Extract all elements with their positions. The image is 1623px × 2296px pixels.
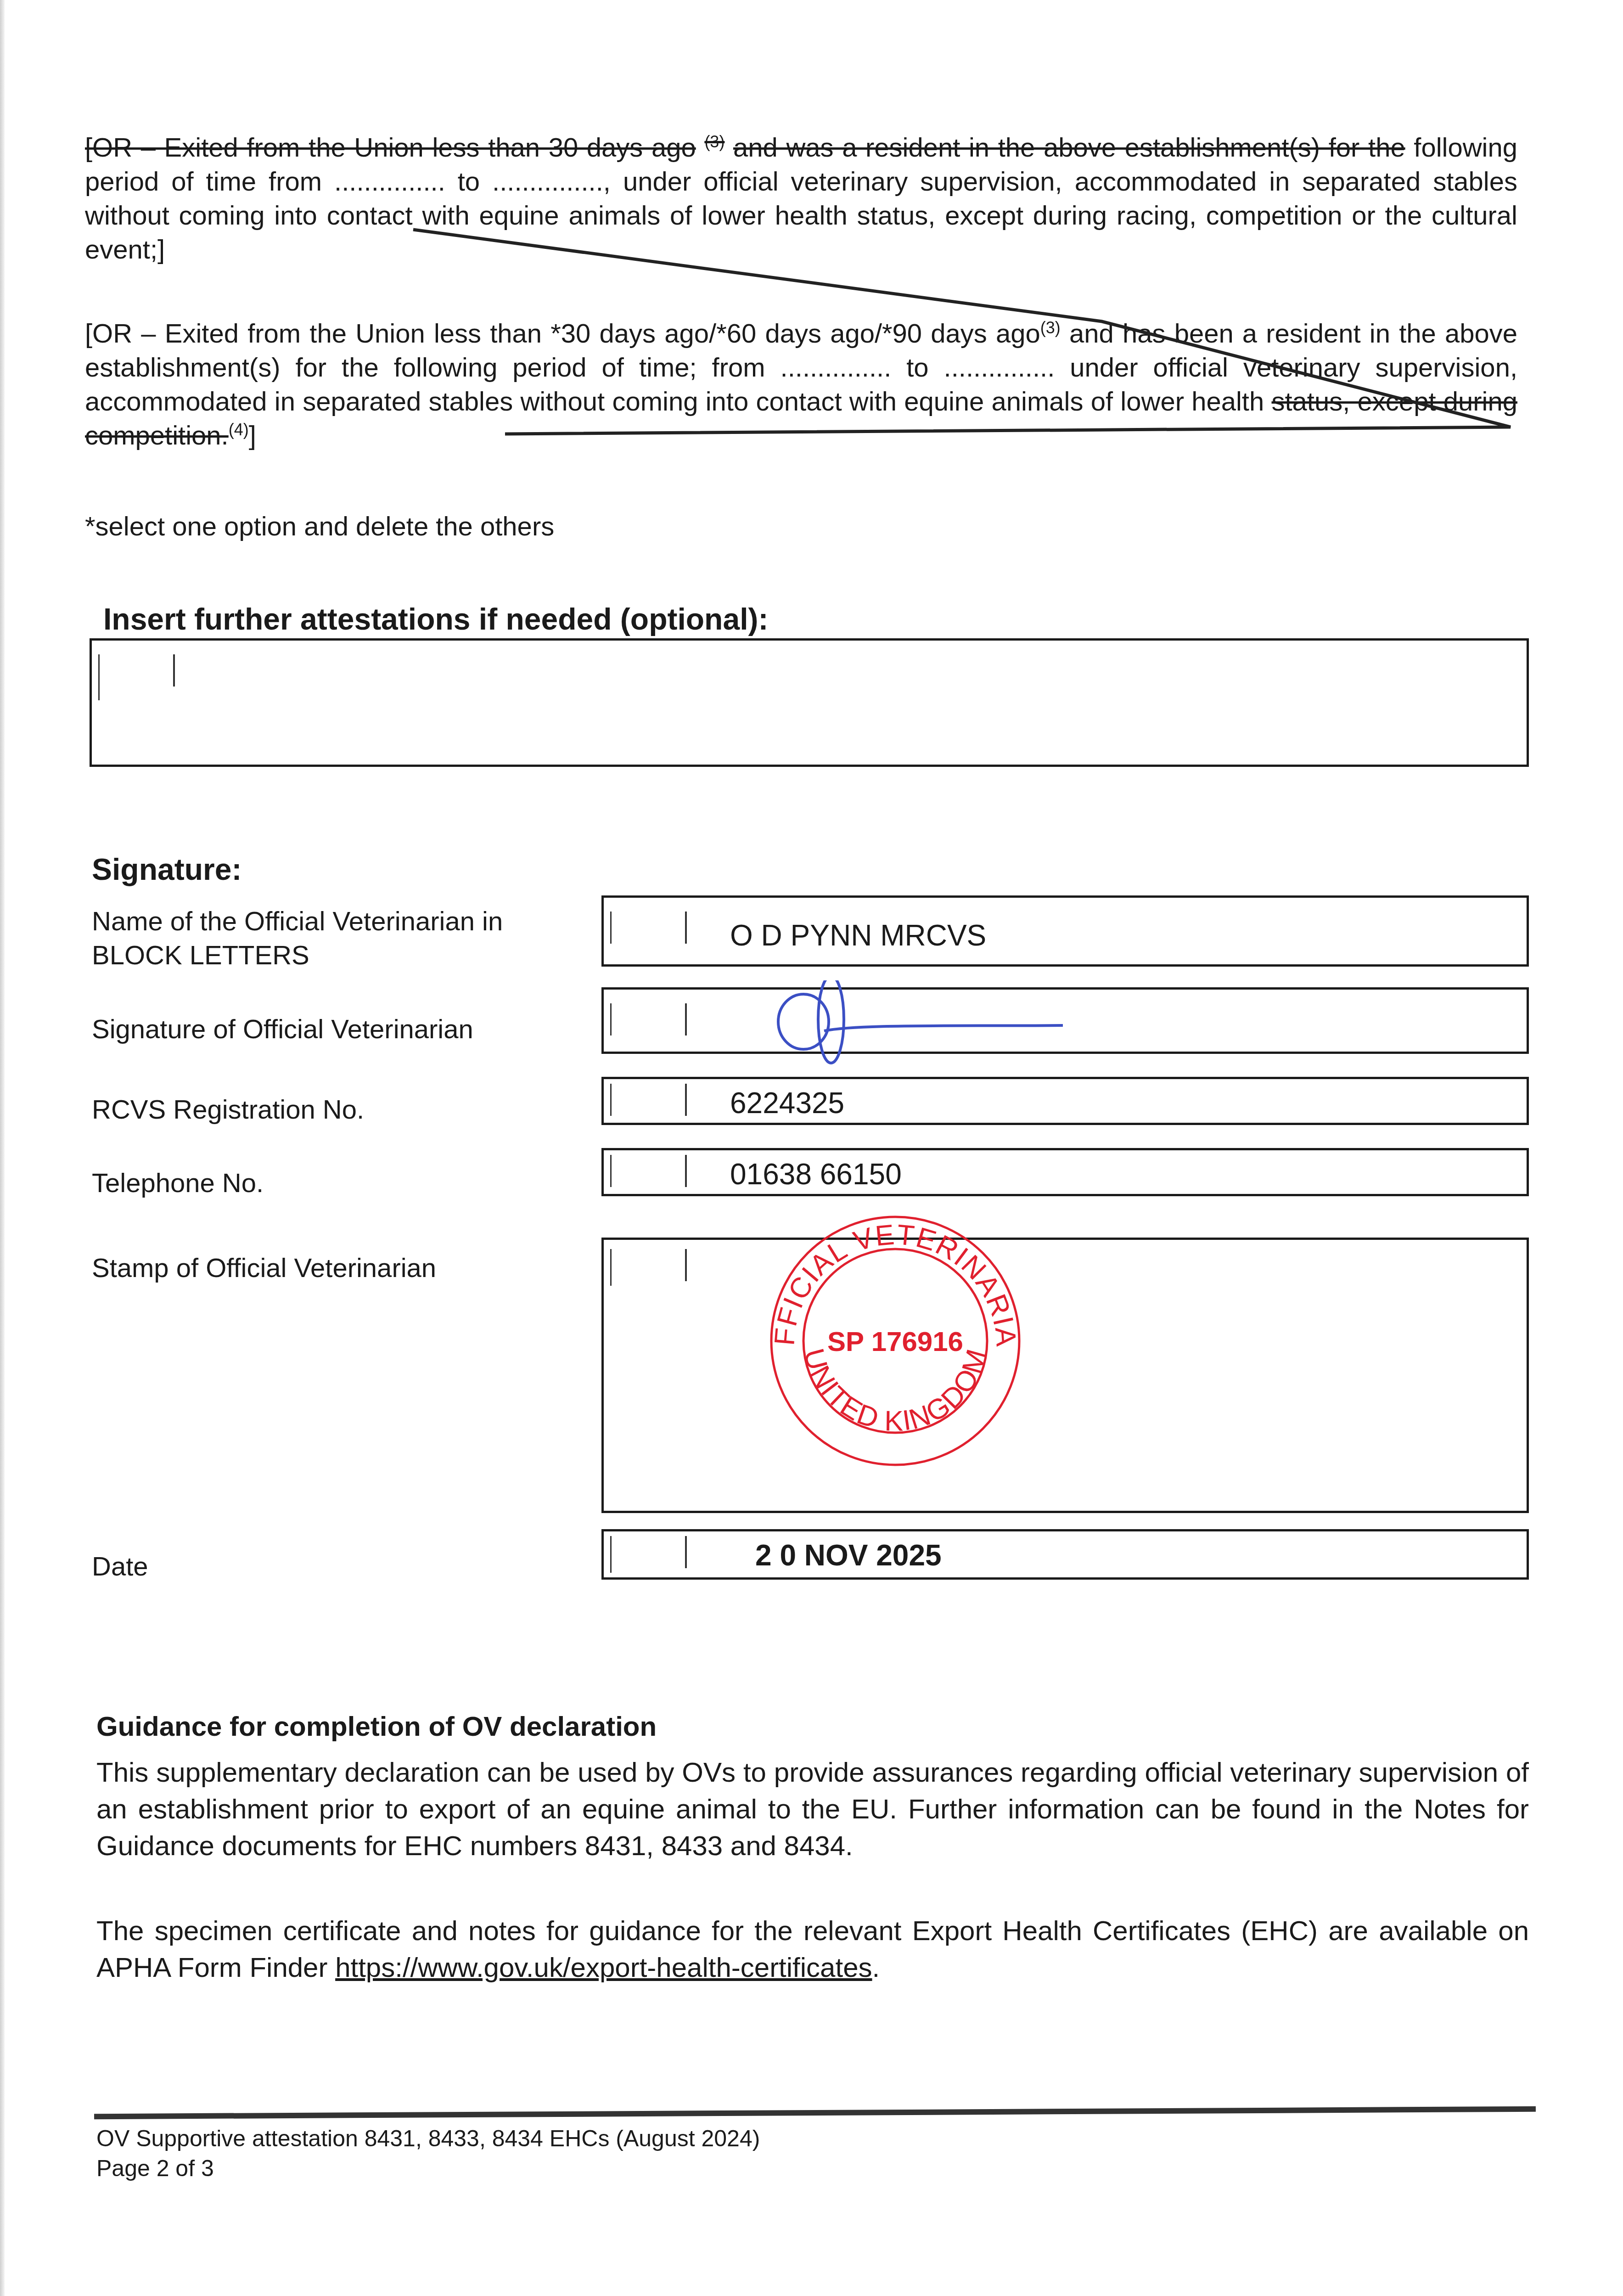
field-marker <box>610 1084 690 1116</box>
footnote-ref: (3) <box>1040 318 1061 337</box>
field-marker <box>610 1249 690 1286</box>
option-b-end: ] <box>249 421 256 450</box>
signature-heading: Signature: <box>92 852 241 887</box>
footer-document-title: OV Supportive attestation 8431, 8433, 84… <box>96 2124 760 2153</box>
further-attestations-input[interactable] <box>90 638 1529 767</box>
guidance-paragraph-1: This supplementary declaration can be us… <box>96 1754 1529 1864</box>
handwritten-signature <box>764 980 1086 1086</box>
attestation-option-a: [OR – Exited from the Union less than 30… <box>85 131 1517 267</box>
svg-text:SP 176916: SP 176916 <box>827 1326 963 1357</box>
further-attestations-heading: Insert further attestations if needed (o… <box>103 602 768 636</box>
field-marker <box>610 1155 690 1187</box>
ov-name-label: Name of the Official Veterinarian in BLO… <box>92 905 551 973</box>
rcvs-label: RCVS Registration No. <box>92 1093 551 1127</box>
svg-text:UNITED KINGDOM: UNITED KINGDOM <box>797 1345 993 1437</box>
official-veterinarian-stamp: OFFICIAL VETERINARIAN UNITED KINGDOM SP … <box>762 1208 1028 1474</box>
telephone-label: Telephone No. <box>92 1166 551 1200</box>
guidance-heading: Guidance for completion of OV declaratio… <box>96 1711 657 1742</box>
ov-signature-field[interactable] <box>601 987 1529 1054</box>
date-value: 2 0 NOV 2025 <box>755 1538 942 1572</box>
field-marker <box>610 912 690 944</box>
stamp-field[interactable] <box>601 1238 1529 1513</box>
rcvs-field[interactable]: 6224325 <box>601 1077 1529 1125</box>
export-health-certificates-link[interactable]: https://www.gov.uk/export-health-certifi… <box>335 1952 872 1983</box>
footer-rule <box>94 2106 1536 2119</box>
field-marker <box>98 654 178 700</box>
date-field[interactable]: 2 0 NOV 2025 <box>601 1529 1529 1580</box>
telephone-value: 01638 66150 <box>730 1157 902 1191</box>
footnote-ref: (3) <box>704 132 724 151</box>
telephone-field[interactable]: 01638 66150 <box>601 1148 1529 1196</box>
option-a-struck-text-2: and was a resident in the above establis… <box>733 133 1405 163</box>
field-marker <box>610 1003 690 1035</box>
guidance-paragraph-2: The specimen certificate and notes for g… <box>96 1913 1529 1986</box>
stamp-label: Stamp of Official Veterinarian <box>92 1251 551 1285</box>
footer-page-number: Page 2 of 3 <box>96 2154 214 2183</box>
date-label: Date <box>92 1550 551 1584</box>
ov-name-value: O D PYNN MRCVS <box>730 918 986 952</box>
option-a-struck-text: [OR – Exited from the Union less than 30… <box>85 133 696 163</box>
ov-signature-label: Signature of Official Veterinarian <box>92 1013 551 1047</box>
attestation-option-b: [OR – Exited from the Union less than *3… <box>85 317 1517 453</box>
footnote-ref: (4) <box>229 420 249 439</box>
rcvs-value: 6224325 <box>730 1086 844 1120</box>
scan-edge <box>0 0 5 2296</box>
option-b-text-1: [OR – Exited from the Union less than *3… <box>85 319 1040 349</box>
select-note: *select one option and delete the others <box>85 510 728 544</box>
ov-name-field[interactable]: O D PYNN MRCVS <box>601 895 1529 967</box>
field-marker <box>610 1536 690 1573</box>
